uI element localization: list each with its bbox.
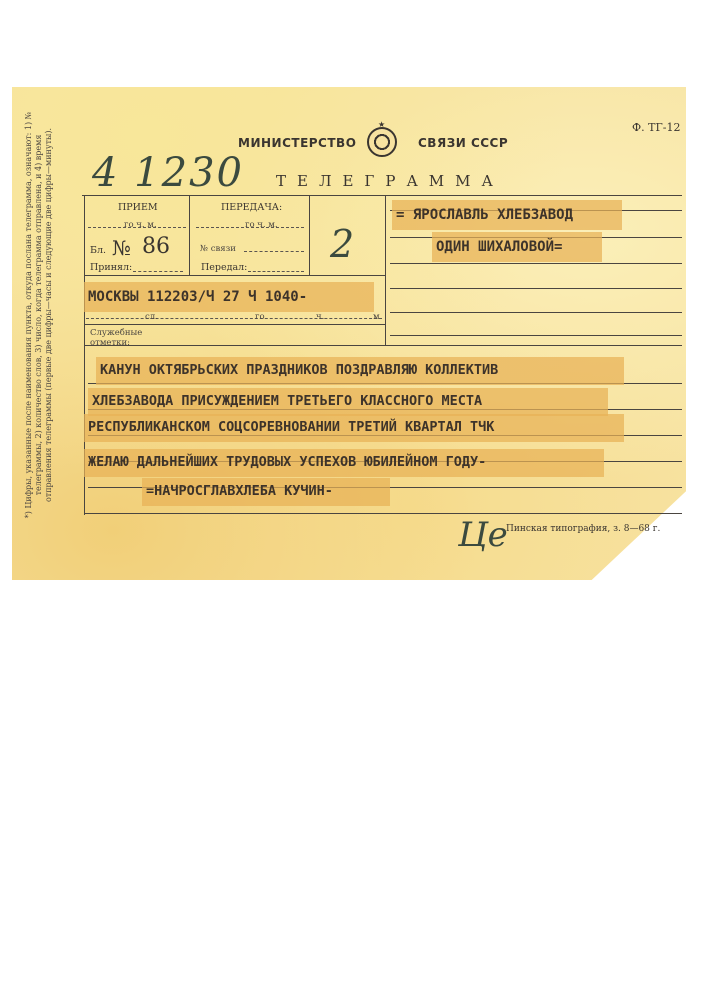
blank-label: Бл. bbox=[90, 245, 106, 256]
transmission-label: ПЕРЕДАЧА: bbox=[221, 202, 282, 213]
origin-tape: МОСКВЫ 112203/Ч 27 Ч 1040- bbox=[84, 282, 374, 312]
body-bottom-line bbox=[84, 513, 682, 514]
handwritten-note: 4 1230 bbox=[92, 150, 244, 196]
address-line-3 bbox=[390, 263, 682, 264]
origin-label-go: го bbox=[255, 312, 265, 322]
transmitted-label: Передал: bbox=[201, 262, 247, 273]
address-line-4 bbox=[390, 288, 682, 289]
handwritten-signature: Це bbox=[458, 515, 508, 555]
divider-reception bbox=[189, 195, 190, 275]
message-tape-line-1: КАНУН ОКТЯБРЬСКИХ ПРАЗДНИКОВ ПОЗДРАВЛЯЮ … bbox=[96, 357, 624, 385]
message-tape-line-5: =НАЧРОСГЛАВХЛЕБА КУЧИН- bbox=[142, 478, 390, 506]
ministry-label-right: СВЯЗИ СССР bbox=[418, 136, 508, 150]
transmitted-field bbox=[248, 271, 304, 272]
origin-label-sl: сл. bbox=[145, 312, 158, 322]
body-top-line bbox=[84, 345, 682, 346]
number-sign: № bbox=[112, 236, 131, 260]
origin-time-field bbox=[86, 318, 382, 319]
address-tape-line-1: = ЯРОСЛАВЛЬ ХЛЕБЗАВОД bbox=[392, 200, 622, 230]
printer-imprint: Пинская типография, з. 8—68 г. bbox=[506, 524, 660, 534]
footnote-side-text: *) Цифры, указанные после наименования п… bbox=[24, 110, 54, 520]
transmission-time-labels: го ч. м. bbox=[245, 220, 278, 230]
origin-label-ch: ч. bbox=[316, 312, 324, 322]
link-field bbox=[244, 251, 304, 252]
blank-number: 86 bbox=[142, 234, 170, 259]
origin-label-m: м bbox=[373, 312, 380, 322]
form-code: Ф. ТГ-12 bbox=[632, 121, 680, 134]
address-line-5 bbox=[390, 312, 682, 313]
link-label: № связи bbox=[200, 244, 236, 254]
accepted-label: Принял: bbox=[90, 262, 132, 273]
transmission-time-field bbox=[196, 227, 304, 228]
reception-bottom-line bbox=[84, 275, 386, 276]
handwritten-word-count: 2 bbox=[330, 222, 354, 266]
message-tape-line-2: ХЛЕБЗАВОДА ПРИСУЖДЕНИЕМ ТРЕТЬЕГО КЛАССНО… bbox=[88, 388, 608, 416]
accepted-field bbox=[133, 271, 183, 272]
divider-address bbox=[385, 195, 386, 345]
ussr-coat-of-arms-icon bbox=[367, 127, 397, 157]
address-tape-line-2: ОДИН ШИХАЛОВОЙ= bbox=[432, 232, 602, 262]
address-line-6 bbox=[390, 335, 682, 336]
message-tape-line-3: РЕСПУБЛИКАНСКОМ СОЦСОРЕВНОВАНИИ ТРЕТИЙ К… bbox=[84, 414, 624, 442]
reception-time-labels: го ч. м. bbox=[124, 220, 157, 230]
document-title: ТЕЛЕГРАММА bbox=[276, 172, 504, 190]
reception-time-field bbox=[88, 227, 186, 228]
reception-label: ПРИЕМ bbox=[118, 202, 158, 213]
ministry-label-left: МИНИСТЕРСТВО bbox=[238, 136, 356, 150]
message-tape-line-4: ЖЕЛАЮ ДАЛЬНЕЙШИХ ТРУДОВЫХ УСПЕХОВ ЮБИЛЕЙ… bbox=[84, 449, 604, 477]
divider-transmission bbox=[309, 195, 310, 275]
origin-bottom-line bbox=[84, 324, 386, 325]
